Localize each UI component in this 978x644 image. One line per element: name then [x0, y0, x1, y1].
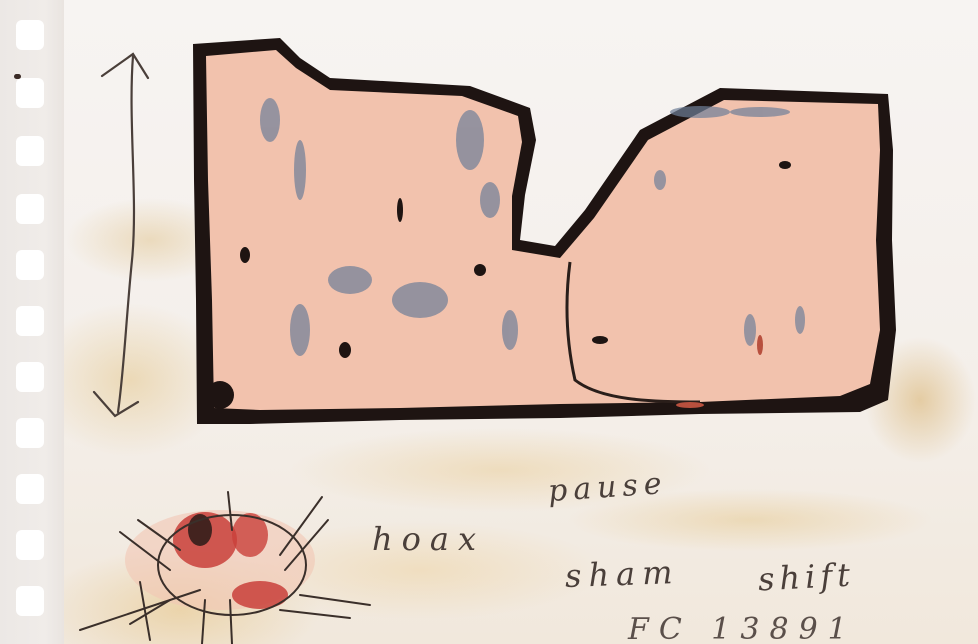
painting — [0, 0, 978, 644]
double-arrow-icon — [94, 54, 148, 416]
red-figure — [80, 492, 370, 644]
handwritten-catalog-code: FC 13891 — [628, 612, 857, 644]
handwritten-word-hoax: hoax — [372, 520, 485, 558]
pink-shape-fill — [206, 50, 880, 410]
handwritten-word-shift: shift — [757, 555, 856, 598]
handwritten-word-sham: sham — [564, 553, 680, 595]
